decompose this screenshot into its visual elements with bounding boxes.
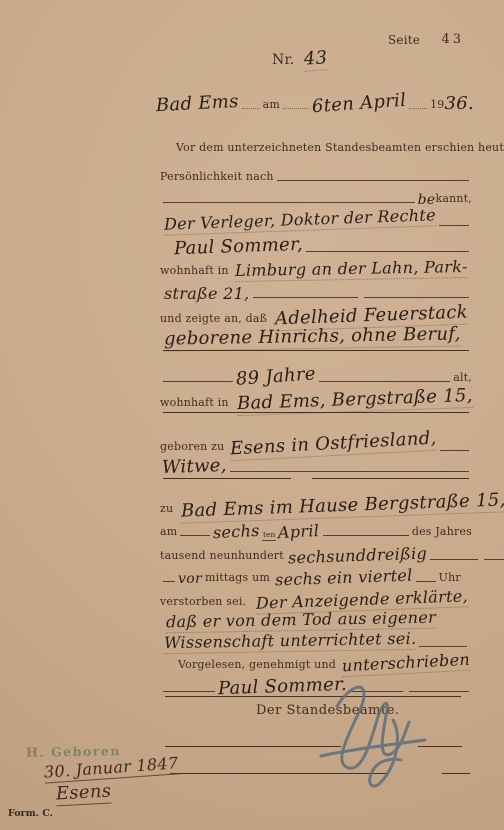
blank-rule-2 xyxy=(163,394,469,413)
kannt-label: kannt, xyxy=(435,192,472,208)
age-line: 89 Jahre alt, xyxy=(160,363,472,387)
birth-date-annotation: 30. Januar 1847 xyxy=(44,755,180,783)
record-number: Nr. 43 xyxy=(272,50,377,71)
declarant-residence-line2: straße 21, xyxy=(164,279,472,303)
declarant-occupation-line: Der Verleger, Doktor der Rechte xyxy=(164,207,472,231)
form-type-label: Form. C. xyxy=(8,808,53,819)
statement-line3: Wissenschaft unterrichtet sei. xyxy=(164,628,470,652)
persoenlichkeit-label: Persönlichkeit nach xyxy=(160,170,274,186)
dateline-daymonth: 6ten April xyxy=(311,92,406,118)
intro-line: Vor dem unterzeichneten Standesbeamten e… xyxy=(160,141,472,157)
des-jahres-label: des Jahres xyxy=(412,525,472,541)
dateline-place: Bad Ems xyxy=(156,93,240,116)
blank-rule-3b xyxy=(312,460,469,479)
nr-label: Nr. xyxy=(272,52,294,71)
dateline: Bad Ems am 6ten April 19 36. xyxy=(156,84,474,114)
blank-rule-3a xyxy=(163,460,291,479)
death-date-line: am sechs ten April des Jahres xyxy=(160,517,472,541)
seite-number: 43 xyxy=(441,32,464,50)
intro-text: Vor dem unterzeichneten Standesbeamten e… xyxy=(160,141,504,157)
death-place-line: zu Bad Ems im Hause Bergstraße 15, xyxy=(160,490,472,518)
am-label: am xyxy=(263,98,280,114)
death-am-label: am xyxy=(160,525,177,541)
death-month: April xyxy=(278,523,320,542)
death-register-page: Seite 43 Nr. 43 Bad Ems am 6ten April 19… xyxy=(0,0,504,830)
birth-place-annotation-row: Esens xyxy=(56,784,111,805)
death-time-line: vor mittags um sechs ein viertel Uhr xyxy=(160,563,472,587)
zu-label: zu xyxy=(160,502,173,518)
century-printed: 19 xyxy=(430,98,444,114)
wohnhaft-label-1: wohnhaft in xyxy=(160,264,229,280)
seite-label: Seite xyxy=(388,33,420,50)
registrar-signature xyxy=(303,676,443,794)
page-number: Seite 43 xyxy=(388,32,464,50)
death-day: sechs xyxy=(213,523,260,542)
ten-suffix-label: ten xyxy=(262,530,276,541)
persoenlichkeit-line: Persönlichkeit nach xyxy=(160,166,472,186)
signature-rule2-right xyxy=(442,755,470,774)
birth-place-annotation: Esens xyxy=(55,783,111,807)
nr-value: 43 xyxy=(304,49,329,72)
year-hand: 36. xyxy=(444,95,474,114)
death-year-line: tausend neunhundert sechsunddreißig xyxy=(160,541,472,565)
declarant-residence-2: straße 21, xyxy=(164,286,250,303)
declarant-name-line: Paul Sommer, xyxy=(174,231,472,257)
declarant-residence-line1: wohnhaft in Limburg an der Lahn, Park- xyxy=(160,256,472,280)
birth-date-annotation-row: 30. Januar 1847 xyxy=(44,760,179,779)
blank-rule-1 xyxy=(163,332,469,351)
